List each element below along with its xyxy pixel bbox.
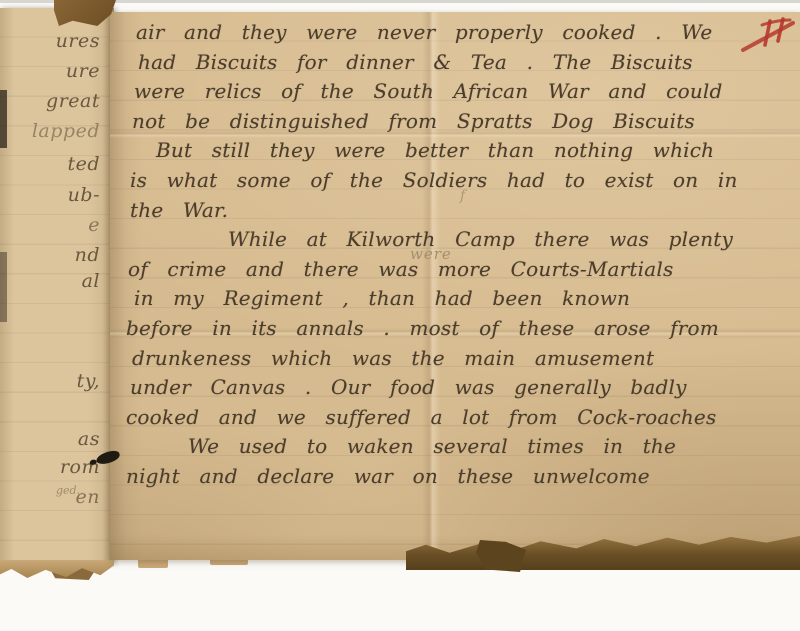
scanned-diary-page: ures ure great lapped ted ub- e nd al ty… (0, 0, 800, 631)
binding-edge-shadow (0, 252, 7, 322)
handwriting-line: cooked and we suffered a lot from Cock-r… (110, 403, 800, 433)
page-edge-text-fragment: ure (66, 60, 100, 82)
handwriting-line: is what some of the Soldiers had to exis… (110, 166, 800, 196)
pencil-correction-were: were (410, 245, 452, 263)
page-edge-text-fragment: ted (67, 153, 100, 175)
handwriting-line: We used to waken several times in the (110, 432, 800, 462)
previous-page-edge: ures ure great lapped ted ub- e nd al ty… (0, 8, 114, 564)
page-edge-text-fragment: ty, (77, 370, 100, 392)
handwriting-line: the War. (110, 196, 800, 226)
handwriting-line: night and declare war on these unwelcome (110, 462, 800, 492)
pencil-scribble: ged.. (56, 484, 84, 497)
binding-edge-shadow (0, 90, 7, 148)
red-page-number-mark (740, 14, 796, 56)
handwriting-line: drunkeness which was the main amusement (110, 344, 800, 374)
handwriting-line: But still they were better than nothing … (110, 136, 800, 166)
page-edge-text-fragment: ures (56, 30, 100, 52)
handwriting-line: under Canvas . Our food was generally ba… (110, 373, 800, 403)
diary-page: air and they were never properly cooked … (110, 12, 800, 560)
page-edge-text-fragment: al (82, 270, 100, 292)
page-edge-text-fragment: as (78, 428, 100, 450)
page-edge-text-fragment: lapped (32, 120, 100, 142)
handwritten-text: air and they were never properly cooked … (110, 18, 800, 492)
handwriting-line: were relics of the South African War and… (110, 77, 800, 107)
handwriting-line: not be distinguished from Spratts Dog Bi… (110, 107, 800, 137)
page-edge-text-fragment: great (46, 90, 100, 112)
page-edge-text-fragment: nd (75, 244, 100, 266)
page-edge-text-fragment: ub- (68, 184, 100, 206)
handwriting-line: in my Regiment , than had been known (110, 284, 800, 314)
handwriting-line: While at Kilworth Camp there was plenty (110, 225, 800, 255)
handwriting-line: air and they were never properly cooked … (110, 18, 800, 48)
handwriting-line: before in its annals . most of these aro… (110, 314, 800, 344)
pencil-mark: f (460, 188, 465, 204)
handwriting-line: of crime and there was more Courts-Marti… (110, 255, 800, 285)
scanner-edge (0, 0, 800, 3)
worn-bottom-edge (406, 534, 800, 570)
page-edge-text-fragment: e (88, 214, 100, 236)
handwriting-line: had Biscuits for dinner & Tea . The Bisc… (110, 48, 800, 78)
